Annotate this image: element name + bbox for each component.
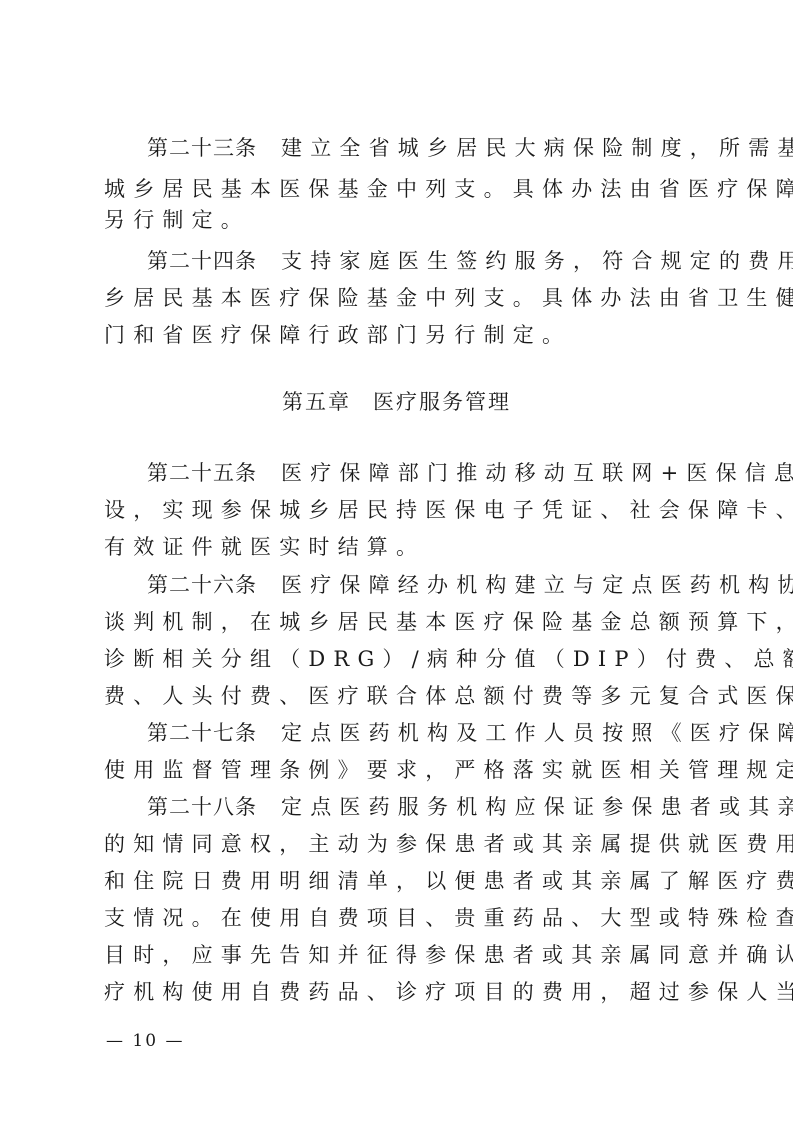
- article-label: 第二十八条: [147, 795, 257, 819]
- article-28-line: 疗机构使用自费药品、诊疗项目的费用，超过参保人当次就医全: [104, 977, 704, 1007]
- chapter-heading: 第五章医疗服务管理: [0, 387, 793, 417]
- article-25-line: 设，实现参保城乡居民持医保电子凭证、社会保障卡、身份证等: [104, 495, 704, 525]
- article-label: 第二十五条: [147, 461, 257, 485]
- article-27-line: 使用监督管理条例》要求，严格落实就医相关管理规定。: [104, 755, 704, 785]
- chapter-title: 医疗服务管理: [373, 390, 511, 414]
- article-23-line: 另行制定。: [104, 205, 704, 235]
- article-24-first-line: 第二十四条支持家庭医生签约服务，符合规定的费用从城: [147, 246, 747, 276]
- article-24-line: 门和省医疗保障行政部门另行制定。: [104, 320, 704, 350]
- article-label: 第二十六条: [147, 573, 257, 597]
- article-26-first-line: 第二十六条医疗保障经办机构建立与定点医药机构协商: [147, 570, 747, 600]
- article-28-first-line: 第二十八条定点医药服务机构应保证参保患者或其亲属: [147, 792, 747, 822]
- article-label: 第二十四条: [147, 249, 257, 273]
- article-28-line: 目时，应事先告知并征得参保患者或其亲属同意并确认。定点医: [104, 940, 704, 970]
- article-label: 第二十三条: [147, 136, 257, 160]
- article-28-line: 的知情同意权，主动为参保患者或其亲属提供就医费用结算凭证: [104, 829, 704, 859]
- document-page: 第二十三条建立全省城乡居民大病保险制度，所需基金从 城乡居民基本医保基金中列支。…: [0, 0, 793, 1122]
- article-25-line: 有效证件就医实时结算。: [104, 532, 704, 562]
- article-26-line: 谈判机制，在城乡居民基本医疗保险基金总额预算下，实行疾病: [104, 607, 704, 637]
- page-number: — 10 —: [106, 1030, 184, 1052]
- article-label: 第二十七条: [147, 721, 257, 745]
- article-28-line: 支情况。在使用自费项目、贵重药品、大型或特殊检查、诊疗项: [104, 903, 704, 933]
- article-28-line: 和住院日费用明细清单，以便患者或其亲属了解医疗费用具体开: [104, 866, 704, 896]
- article-26-line: 诊断相关分组（DRG）/病种分值（DIP）付费、总额预付、床日付: [104, 644, 704, 674]
- article-24-line: 乡居民基本医疗保险基金中列支。具体办法由省卫生健康行政部: [104, 283, 704, 313]
- article-25-first-line: 第二十五条医疗保障部门推动移动互联网+医保信息化建: [147, 458, 747, 488]
- chapter-number: 第五章: [282, 390, 351, 414]
- article-27-first-line: 第二十七条定点医药机构及工作人员按照《医疗保障基金: [147, 718, 747, 748]
- article-23-first-line: 第二十三条建立全省城乡居民大病保险制度，所需基金从: [147, 133, 747, 163]
- article-26-line: 费、人头付费、医疗联合体总额付费等多元复合式医保支付方式。: [104, 681, 704, 711]
- article-23-line: 城乡居民基本医保基金中列支。具体办法由省医疗保障行政部门: [104, 174, 704, 204]
